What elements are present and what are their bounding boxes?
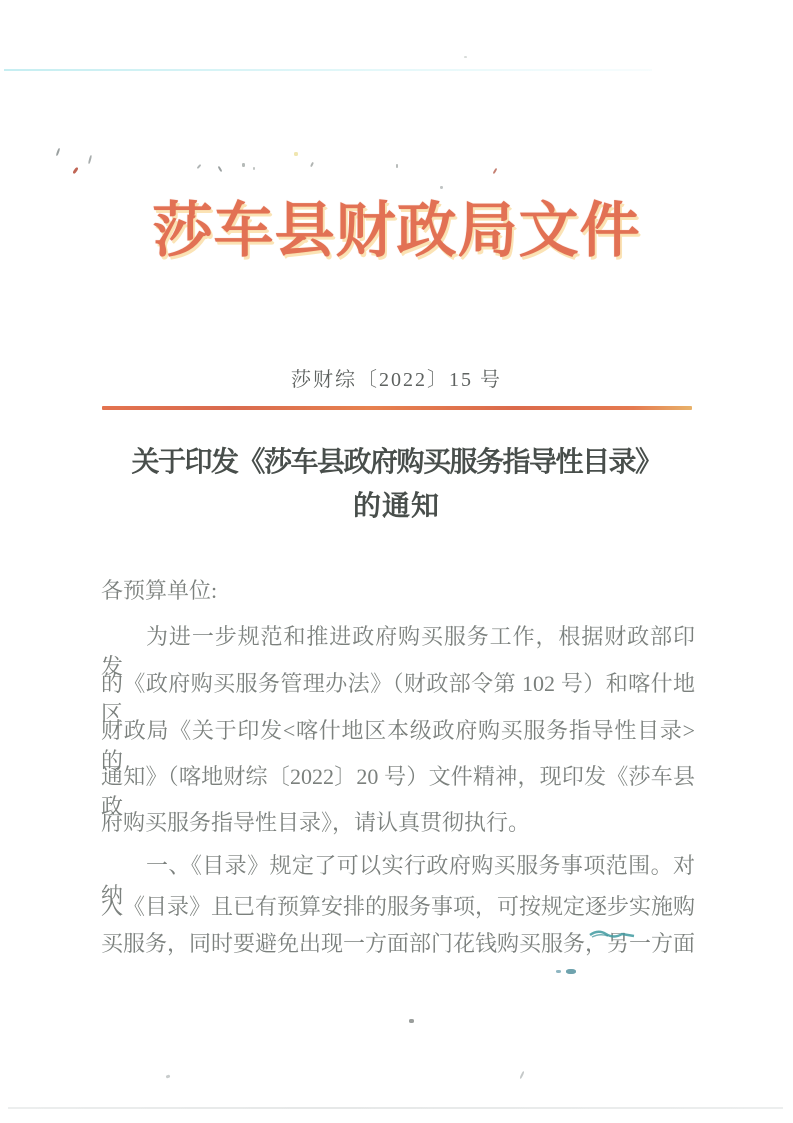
red-divider-rule [102, 406, 692, 410]
scan-speck [566, 969, 576, 974]
body-line: 为进一步规范和推进政府购买服务工作，根据财政部印发 [101, 622, 695, 652]
body-line: 财政局《关于印发<喀什地区本级政府购买服务指导性目录>的 [101, 716, 695, 746]
document-title-line-1: 关于印发《莎车县政府购买服务指导性目录》 [0, 443, 793, 483]
scan-speck [242, 163, 245, 167]
body-line: 的《政府购买服务管理办法》（财政部令第 102 号）和喀什地区 [101, 669, 695, 699]
document-title: 关于印发《莎车县政府购买服务指导性目录》 的通知 [0, 443, 793, 527]
scan-speck [166, 1074, 171, 1078]
scan-speck [294, 152, 298, 156]
scan-speck [556, 970, 561, 973]
scan-speck [72, 167, 78, 174]
pen-correction-mark [588, 927, 636, 941]
agency-letterhead-title: 莎车县财政局文件 [0, 183, 793, 269]
document-number: 莎财综〔2022〕15 号 [0, 363, 793, 392]
scan-speck [519, 1071, 524, 1079]
scan-speck [253, 167, 255, 170]
body-line: 通知》（喀地财综〔2022〕20 号）文件精神，现印发《莎车县政 [101, 762, 695, 792]
scan-speck [396, 164, 398, 168]
body-line: 入《目录》且已有预算安排的服务事项，可按规定逐步实施购 [101, 892, 695, 922]
scan-speck [197, 164, 202, 169]
scan-speck [88, 155, 92, 164]
page-bottom-edge-artifact [8, 1107, 783, 1109]
scan-speck [464, 56, 467, 58]
scan-speck [218, 166, 223, 172]
scanned-document-page: 莎车县财政局文件 莎财综〔2022〕15 号 关于印发《莎车县政府购买服务指导性… [0, 0, 793, 1123]
scanner-streak-artifact [4, 69, 652, 71]
scan-speck [493, 168, 498, 174]
body-line: 一、《目录》规定了可以实行政府购买服务事项范围。对纳 [101, 851, 695, 881]
scan-speck [409, 1019, 414, 1023]
body-line: 府购买服务指导性目录》，请认真贯彻执行。 [101, 808, 695, 838]
document-title-line-2: 的通知 [0, 487, 793, 527]
scan-speck [310, 162, 314, 167]
salutation: 各预算单位: [101, 576, 695, 606]
scan-speck [56, 148, 61, 156]
